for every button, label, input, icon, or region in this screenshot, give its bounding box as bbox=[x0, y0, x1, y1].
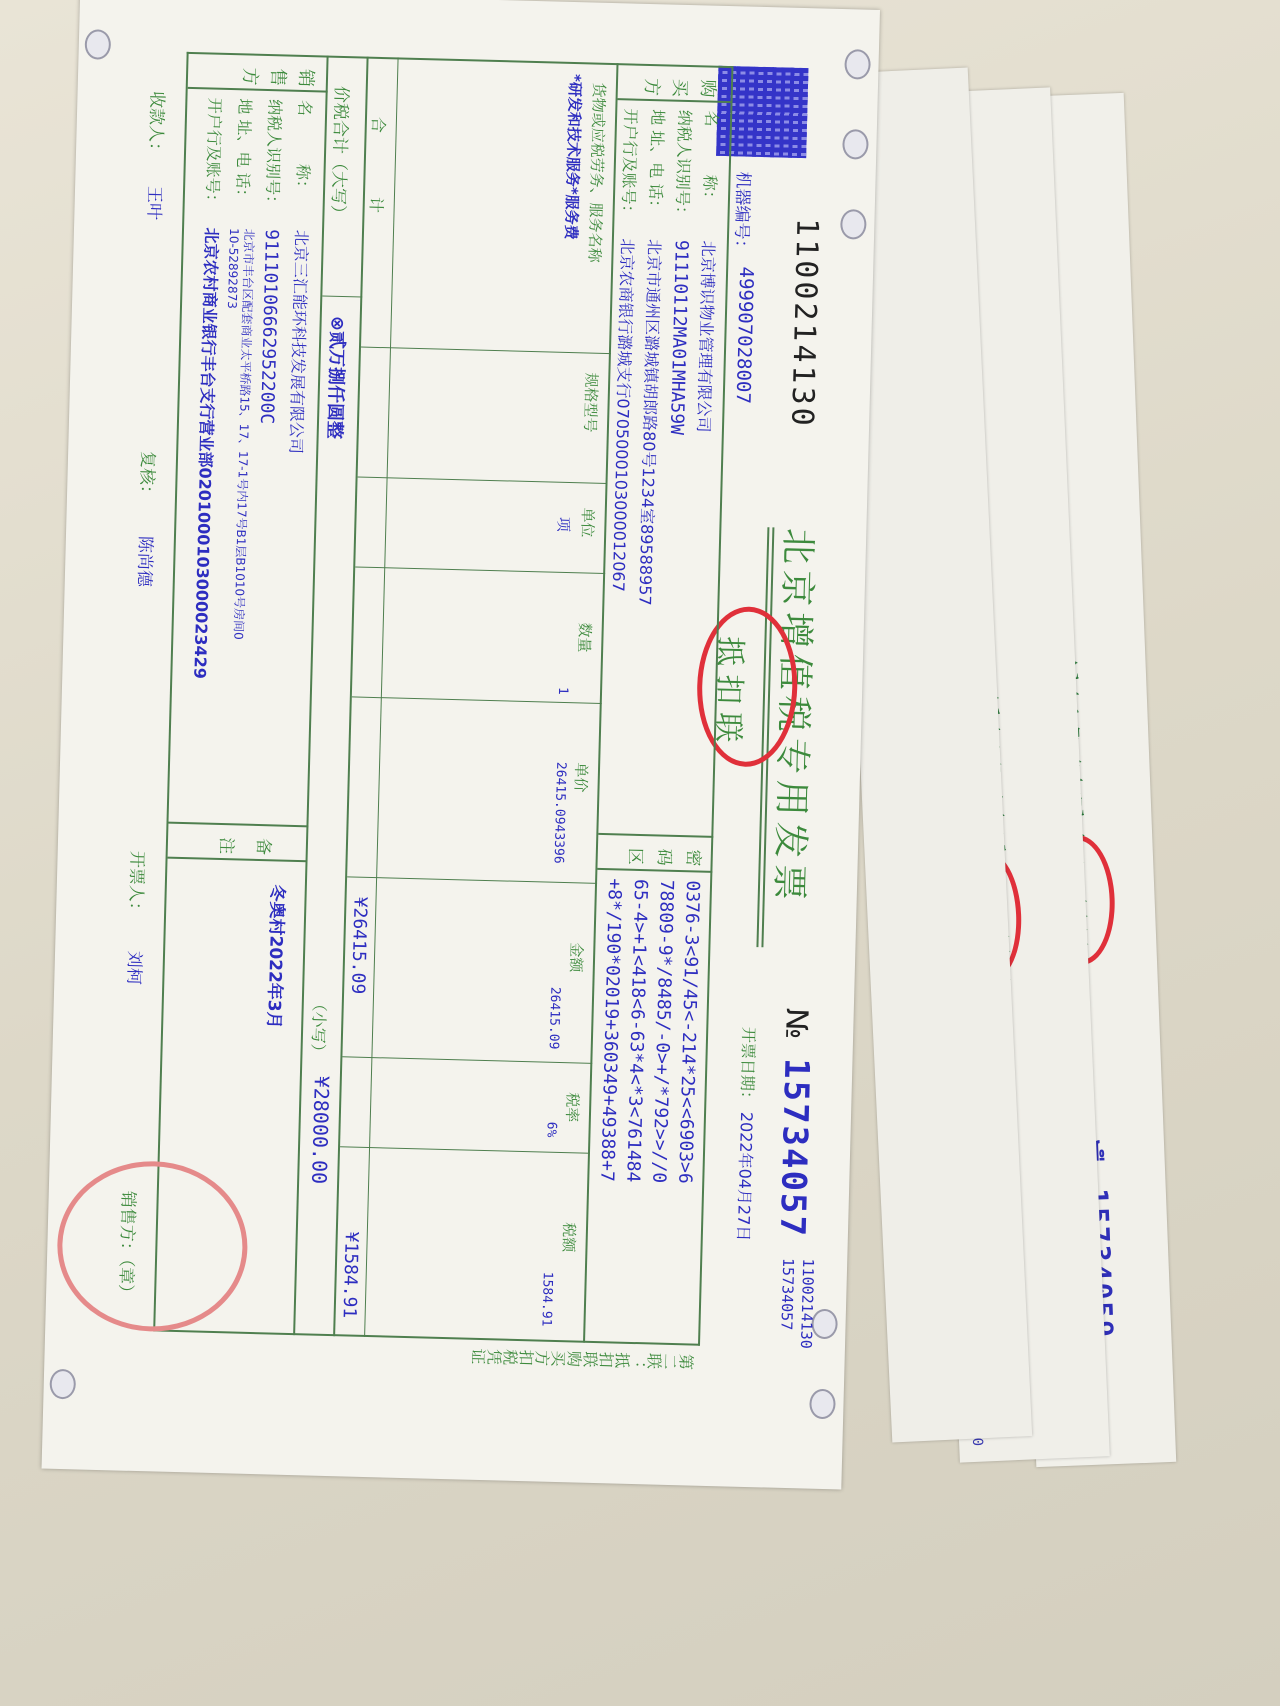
cipher-section-label: 密码区 bbox=[615, 841, 703, 868]
buyer-section-label: 购买方 bbox=[634, 72, 719, 100]
machine-no: 499907028007 bbox=[732, 266, 758, 404]
machine-no-label: 机器编号： bbox=[731, 171, 758, 257]
grand-total-small-label: （小写） bbox=[307, 995, 332, 1060]
invoice-number-symbol: № bbox=[778, 1008, 814, 1040]
item-qty: 1 bbox=[555, 687, 570, 695]
cipher-area: 0376-3<91/45<-214*25<<6903>6 78809-9*/84… bbox=[593, 878, 705, 1184]
vat-invoice: 1100214130 北京增值税专用发票 抵扣联 № 15734057 1100… bbox=[42, 0, 880, 1489]
invoice-number: 15734057 bbox=[772, 1058, 817, 1239]
item-unit-price: 26415.0943396 bbox=[551, 762, 569, 864]
col-header-name: 货物或应税劳务、服务名称 bbox=[584, 82, 610, 263]
remarks-text: 冬奥村2022年3月 bbox=[263, 884, 292, 1029]
col-header-amount: 金额 bbox=[566, 942, 588, 973]
invoice-small-no: 15734057 bbox=[777, 1258, 797, 1331]
buyer-labels: 名 称： 纳税人识别号： 地 址、电 话： 开户行及账号： bbox=[614, 108, 725, 223]
drawer-label: 开票人： bbox=[125, 851, 152, 920]
invoice-small-code: 1100214130 bbox=[797, 1258, 817, 1349]
total-tax: ¥1584.91 bbox=[339, 1231, 362, 1318]
seller-values: 北京三汇能环科技发展有限公司 91110106662952200C 北京市丰台区… bbox=[184, 227, 316, 682]
reviewer-label: 复核： bbox=[136, 451, 162, 503]
col-header-rate: 税率 bbox=[562, 1092, 584, 1123]
issue-date: 2022年04月27日 bbox=[733, 1112, 759, 1242]
issue-date-label: 开票日期： bbox=[736, 1027, 761, 1108]
total-amount: ¥26415.09 bbox=[347, 896, 371, 994]
remarks-label: 备注 bbox=[199, 830, 274, 857]
col-header-tax: 税额 bbox=[558, 1222, 580, 1253]
item-name: *研发和技术服务*服务费 bbox=[561, 74, 586, 240]
grand-total-label: 价税合计（大写） bbox=[327, 86, 356, 223]
grand-total-uppercase: ⊗贰万捌仟圆整 bbox=[323, 316, 352, 440]
payee: 王叶 bbox=[143, 186, 169, 221]
col-header-unit: 单位 bbox=[577, 507, 599, 538]
circle-x-icon: ⊗ bbox=[326, 316, 347, 332]
total-label: 合 计 bbox=[366, 117, 392, 214]
payee-label: 收款人： bbox=[145, 91, 172, 160]
item-rate: 6% bbox=[543, 1122, 558, 1138]
reviewer: 陈尚德 bbox=[134, 536, 160, 588]
seller-seal-stamp bbox=[55, 1159, 249, 1334]
grand-total-amount: ¥28000.00 bbox=[307, 1075, 334, 1184]
buyer-values: 北京博识物业管理有限公司 91110112MA01MHA59W 北京市通州区潞城… bbox=[604, 238, 722, 607]
invoice-code: 1100214130 bbox=[784, 218, 825, 429]
drawer: 刘柯 bbox=[123, 951, 149, 986]
item-amount: 26415.09 bbox=[546, 987, 563, 1050]
item-tax: 1584.91 bbox=[538, 1272, 554, 1327]
item-unit: 项 bbox=[553, 517, 574, 533]
seller-labels: 名 称： 纳税人识别号： 地 址、电 话： 开户行及账号： bbox=[197, 97, 320, 212]
copy-side-labels: 第二联：抵扣联购买方扣税凭证 bbox=[470, 1345, 694, 1371]
col-header-qty: 数量 bbox=[574, 622, 596, 653]
col-header-spec: 规格型号 bbox=[580, 372, 603, 433]
col-header-price: 单价 bbox=[570, 762, 592, 793]
seller-section-label: 销售方 bbox=[232, 61, 317, 89]
